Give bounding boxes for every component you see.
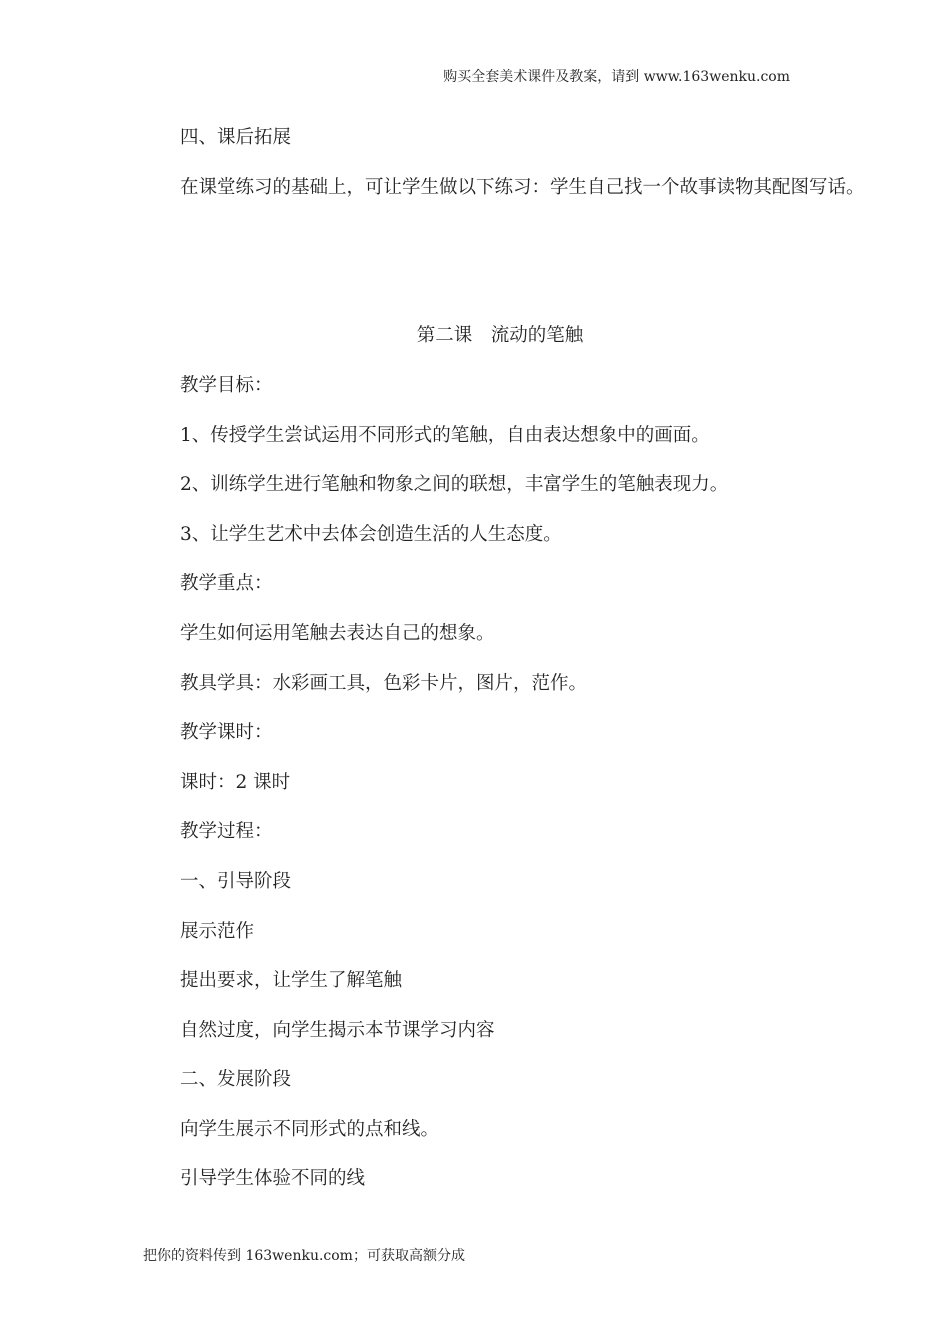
paragraph-line: 二、发展阶段 — [180, 1055, 820, 1105]
paragraph-line: 在课堂练习的基础上，可让学生做以下练习：学生自己找一个故事读物其配图写话。 — [180, 163, 820, 213]
paragraph-line: 教学目标： — [180, 361, 820, 411]
paragraph-line: 教学重点： — [180, 559, 820, 609]
paragraph-line: 第二课 流动的笔触 — [180, 311, 820, 361]
paragraph-line: 引导学生体验不同的线 — [180, 1154, 820, 1204]
paragraph-line — [180, 262, 820, 312]
paragraph-line: 学生如何运用笔触去表达自己的想象。 — [180, 609, 820, 659]
paragraph-line: 教具学具：水彩画工具，色彩卡片，图片，范作。 — [180, 659, 820, 709]
paragraph-line: 提出要求，让学生了解笔触 — [180, 956, 820, 1006]
paragraph-line — [180, 212, 820, 262]
footer-watermark: 把你的资料传到 163wenku.com；可获取高额分成 — [143, 1246, 465, 1266]
paragraph-line: 1、传授学生尝试运用不同形式的笔触，自由表达想象中的画面。 — [180, 411, 820, 461]
paragraph-line: 自然过度，向学生揭示本节课学习内容 — [180, 1006, 820, 1056]
paragraph-line: 四、课后拓展 — [180, 113, 820, 163]
document-body: 四、课后拓展在课堂练习的基础上，可让学生做以下练习：学生自己找一个故事读物其配图… — [180, 113, 820, 1204]
header-watermark: 购买全套美术课件及教案，请到 www.163wenku.com — [0, 67, 790, 87]
paragraph-line: 3、让学生艺术中去体会创造生活的人生态度。 — [180, 510, 820, 560]
paragraph-line: 展示范作 — [180, 907, 820, 957]
paragraph-line: 向学生展示不同形式的点和线。 — [180, 1105, 820, 1155]
paragraph-line: 课时：2 课时 — [180, 758, 820, 808]
paragraph-line: 一、引导阶段 — [180, 857, 820, 907]
document-page: 购买全套美术课件及教案，请到 www.163wenku.com 四、课后拓展在课… — [0, 0, 950, 1344]
paragraph-line: 2、训练学生进行笔触和物象之间的联想，丰富学生的笔触表现力。 — [180, 460, 820, 510]
paragraph-line: 教学过程： — [180, 807, 820, 857]
paragraph-line: 教学课时： — [180, 708, 820, 758]
